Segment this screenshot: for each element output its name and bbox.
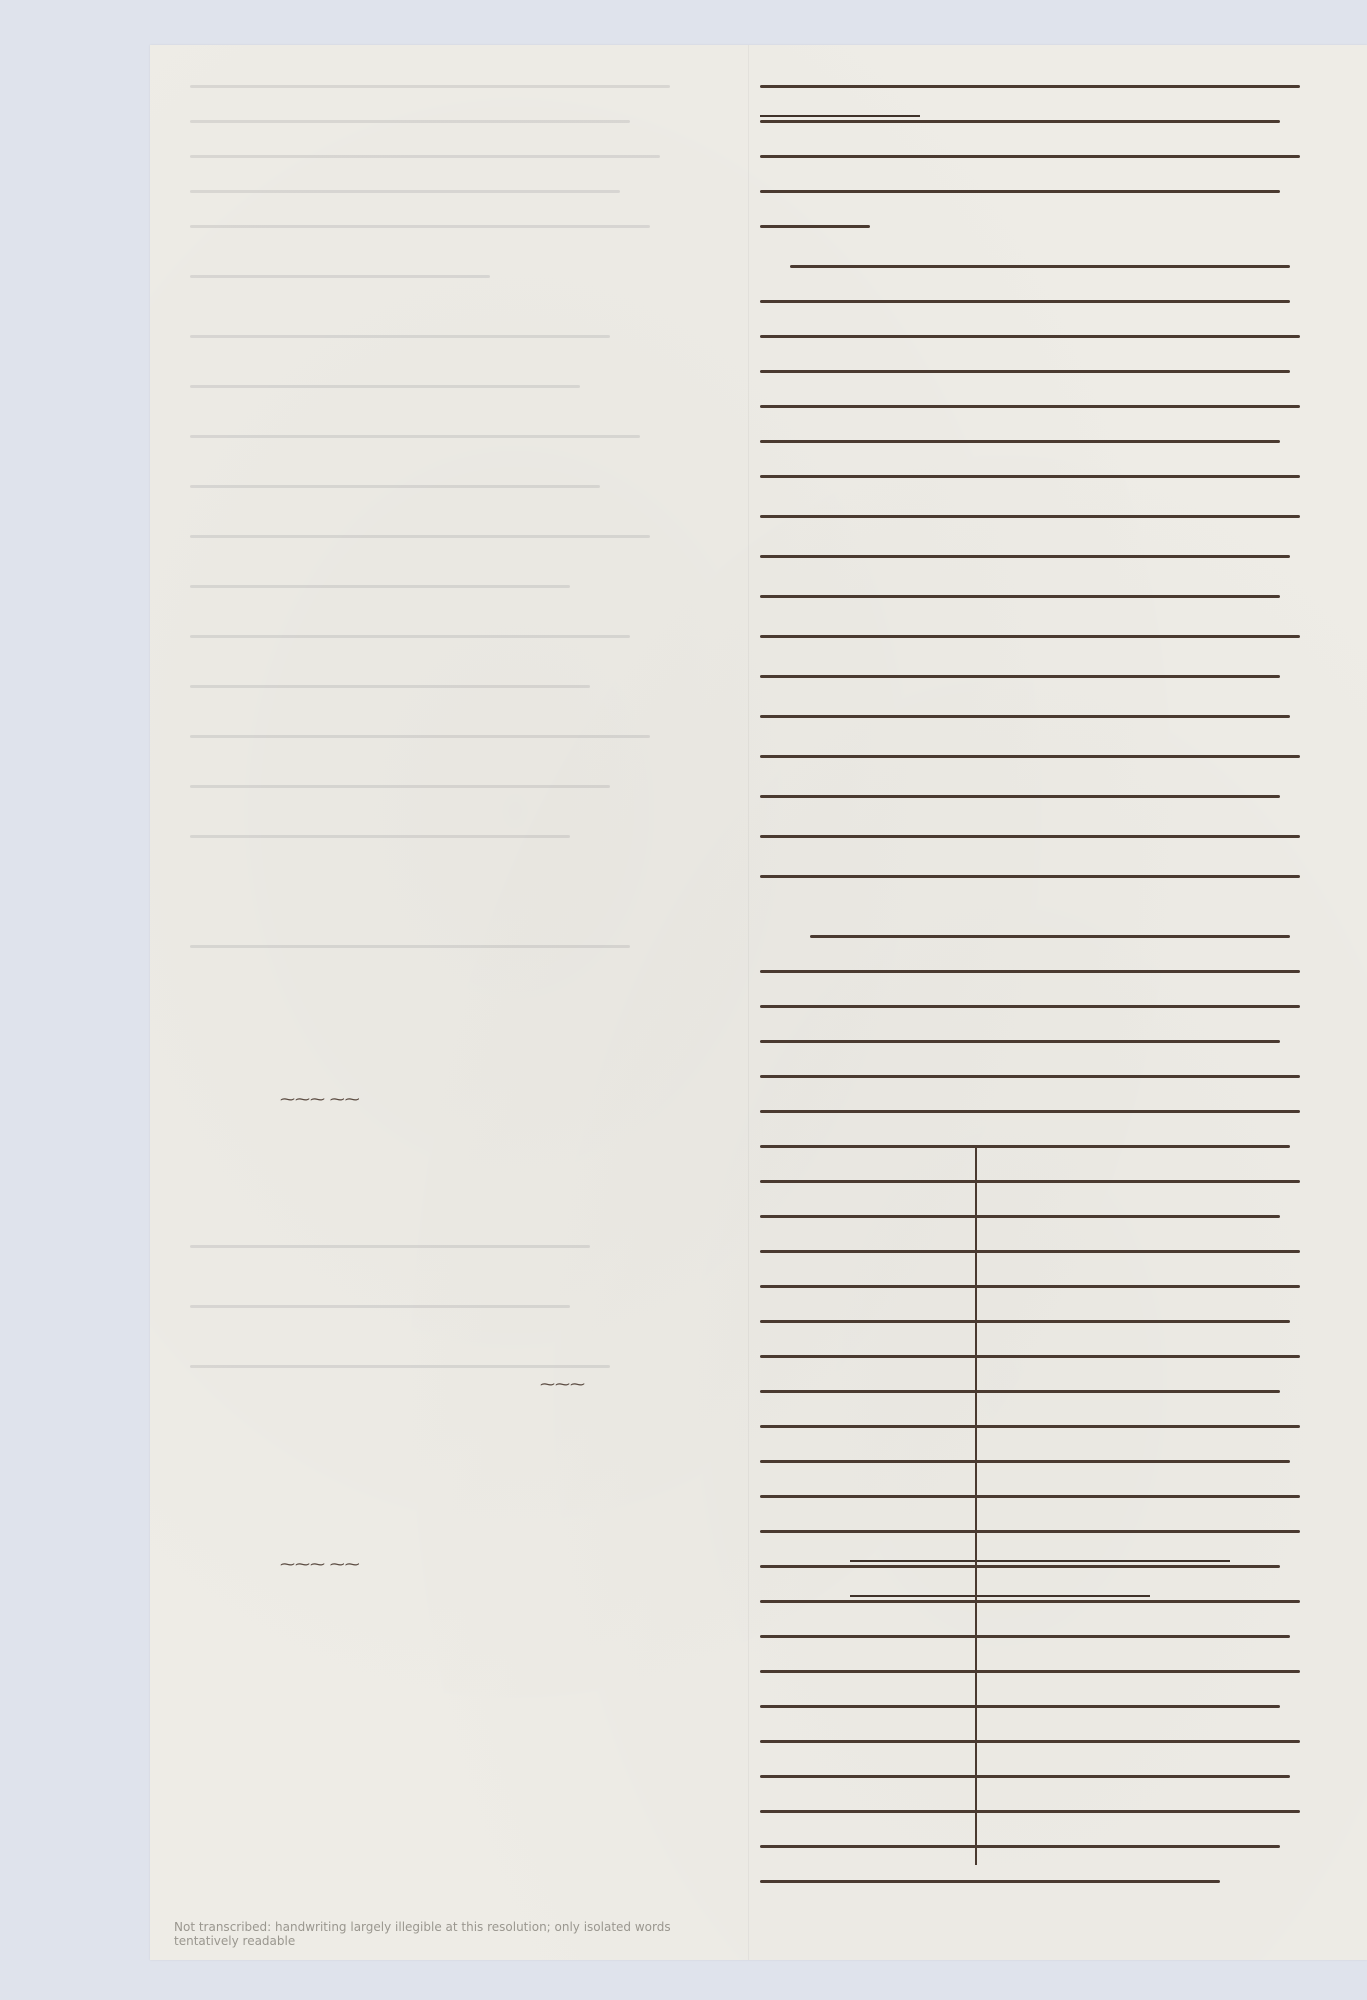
- correction-vertical-line: [975, 1145, 977, 1865]
- manuscript-page: ⁓⁓⁓ ⁓⁓ ⁓⁓⁓ ⁓⁓⁓ ⁓⁓ Not transcribed: handw…: [150, 45, 1367, 1960]
- margin-note-2: ⁓⁓⁓: [540, 1375, 585, 1393]
- margin-note-3: ⁓⁓⁓ ⁓⁓: [280, 1555, 360, 1573]
- margin-note-1: ⁓⁓⁓ ⁓⁓: [280, 1090, 360, 1108]
- transcription-status: Not transcribed: handwriting largely ill…: [174, 1920, 734, 1948]
- fold-line: [748, 45, 749, 1960]
